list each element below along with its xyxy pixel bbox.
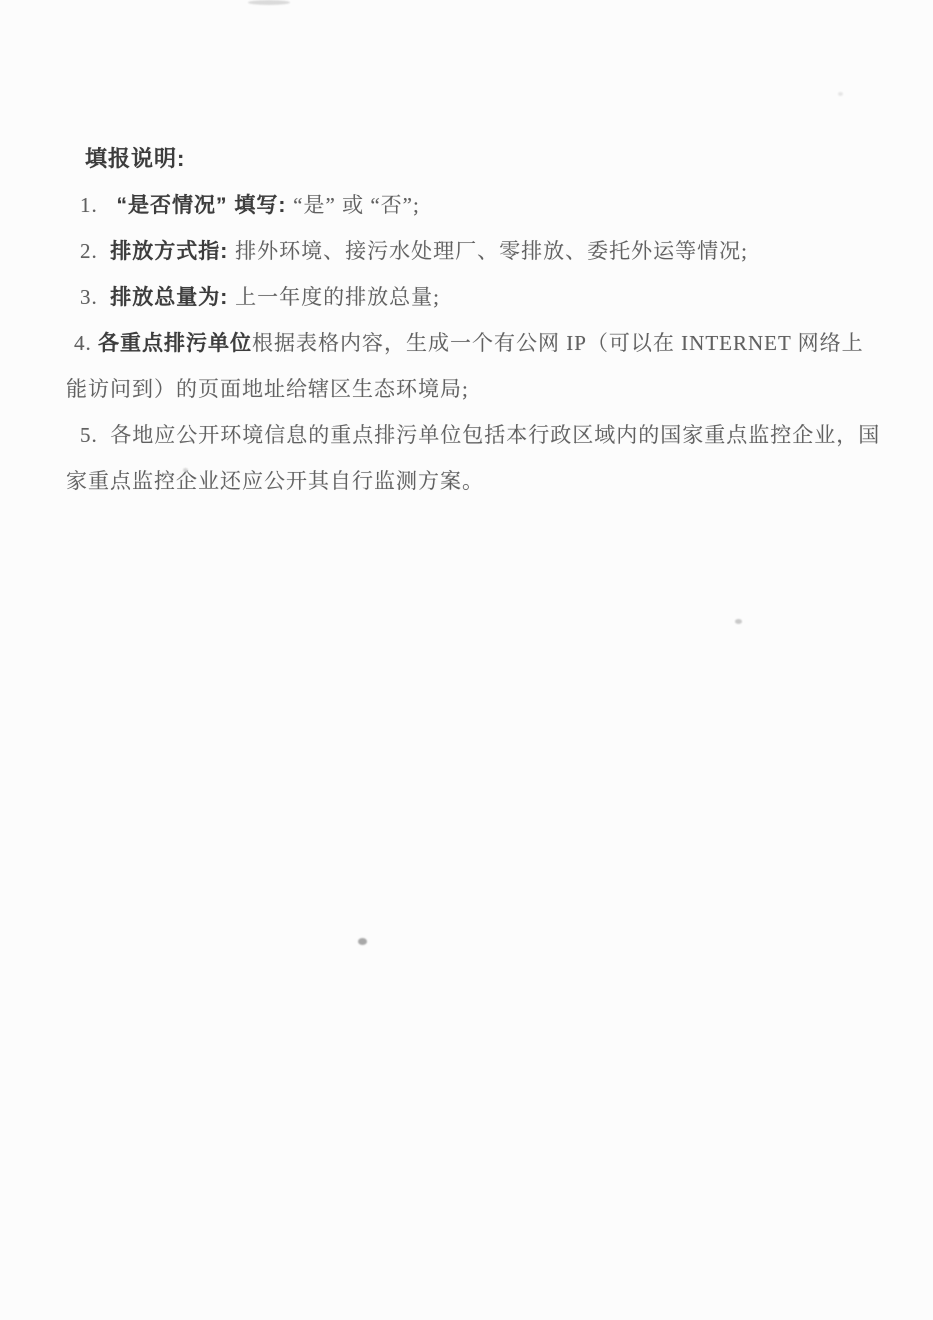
body-text: 能访问到）的页面地址给辖区生态环境局; (66, 377, 469, 401)
body-text: 5. (80, 423, 110, 447)
speck-mid-right (735, 619, 742, 624)
body-text: 上一年度的排放总量; (235, 285, 440, 309)
emphasized-text: 排放总量为: (110, 286, 235, 309)
emphasized-text: 填报说明: (85, 146, 185, 171)
body-text: 根据表格内容，生成一个有公网 IP（可以在 INTERNET 网络上 (252, 331, 864, 355)
instruction-line-2: 2. 排放方式指: 排外环境、接污水处理厂、零排放、委托外运等情况; (0, 228, 933, 274)
instructions-block: 填报说明:1. “是否情况” 填写: “是” 或 “否”;2. 排放方式指: 排… (0, 136, 933, 504)
body-text: 家重点监控企业还应公开其自行监测方案。 (66, 469, 484, 493)
body-text: 3. (80, 285, 110, 309)
instruction-line-5: 能访问到）的页面地址给辖区生态环境局; (0, 366, 933, 412)
document-page: 填报说明:1. “是否情况” 填写: “是” 或 “否”;2. 排放方式指: 排… (0, 0, 933, 1320)
instruction-line-6: 5. 各地应公开环境信息的重点排污单位包括本行政区域内的国家重点监控企业，国 (0, 412, 933, 458)
speck-lower-mid (358, 938, 367, 945)
instruction-line-3: 3. 排放总量为: 上一年度的排放总量; (0, 274, 933, 320)
body-text: 排外环境、接污水处理厂、零排放、委托外运等情况; (235, 239, 748, 263)
body-text: 各地应公开环境信息的重点排污单位包括本行政区域内的国家重点监控企业，国 (110, 423, 880, 447)
body-text: “是” 或 “否”; (293, 193, 420, 217)
emphasized-text: 各重点排污单位 (98, 332, 252, 355)
page-title: 填报说明: (0, 136, 933, 182)
body-text: 1. (80, 193, 117, 217)
body-text: 4. (74, 331, 98, 355)
instruction-line-1: 1. “是否情况” 填写: “是” 或 “否”; (0, 182, 933, 228)
emphasized-text: 排放方式指: (110, 240, 235, 263)
instruction-line-4: 4. 各重点排污单位根据表格内容，生成一个有公网 IP（可以在 INTERNET… (0, 320, 933, 366)
instruction-line-7: 家重点监控企业还应公开其自行监测方案。 (0, 458, 933, 504)
emphasized-text: “是否情况” 填写: (117, 194, 294, 217)
body-text: 2. (80, 239, 110, 263)
speck-top-right (838, 92, 843, 96)
top-edge-smudge (248, 0, 290, 5)
speck-under-item5 (183, 468, 188, 472)
